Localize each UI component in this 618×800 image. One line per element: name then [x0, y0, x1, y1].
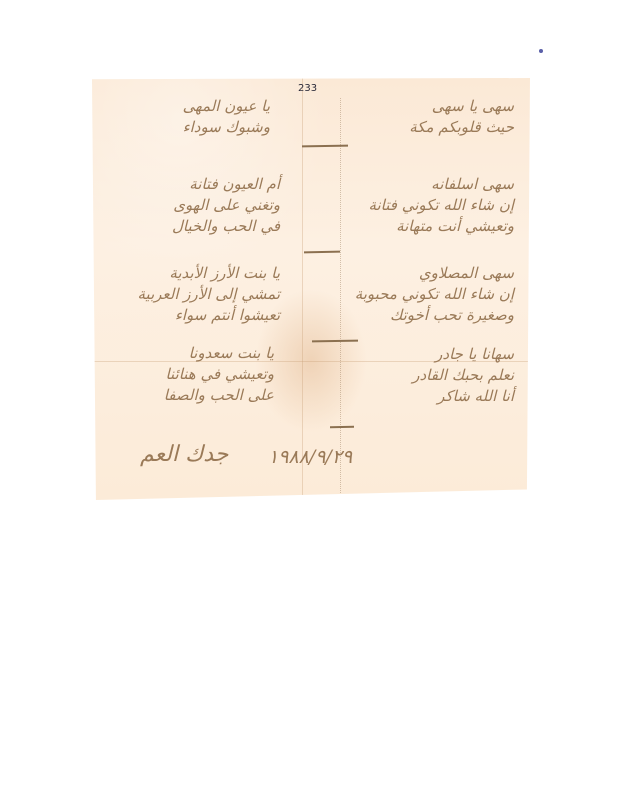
- stanza-divider: [330, 426, 354, 428]
- verse-line: إن شاء الله تكوني محبوبة: [354, 284, 514, 305]
- verse-line: وشبوك سوداء: [102, 117, 270, 138]
- right-stanza-1: سهى يا سهى حيث قلوبكم مكة: [362, 96, 514, 138]
- page-number: 233: [298, 83, 317, 94]
- verse-line: وتعيشي في هنائنا: [122, 364, 274, 385]
- verse-line: سهى اسلفانه: [354, 174, 514, 195]
- right-stanza-3: سهى المصلاوي إن شاء الله تكوني محبوبة وص…: [354, 263, 514, 326]
- stanza-divider: [302, 145, 348, 147]
- verse-line: تعيشوا أنتم سواء: [118, 305, 280, 326]
- verse-line: يا بنت الأرز الأبدية: [118, 263, 280, 284]
- verse-line: على الحب والصفا: [122, 385, 274, 406]
- verse-line: وتغني على الهوى: [120, 195, 280, 216]
- date: ١٩٨٨/٩/٢٩: [268, 446, 352, 468]
- verse-line: أم العيون فتانة: [120, 174, 280, 195]
- verse-line: أنا الله شاكر: [354, 386, 514, 407]
- verse-line: نعلم بحبك القادر: [354, 365, 514, 386]
- left-stanza-2: أم العيون فتانة وتغني على الهوى في الحب …: [120, 174, 280, 237]
- verse-line: وصغيرة تحب أخوتك: [354, 305, 514, 326]
- scan-artifact-dot: [539, 49, 543, 53]
- verse-line: سهانا يا جادر: [354, 344, 514, 365]
- verse-line: تمشي إلى الأرز العربية: [118, 284, 280, 305]
- verse-line: يا بنت سعدونا: [122, 343, 274, 364]
- signature-row: ١٩٨٨/٩/٢٩ جدك العم: [140, 440, 440, 476]
- stanza-divider: [312, 340, 358, 342]
- handwritten-letter: 233 يا عيون المهى وشبوك سوداء أم العيون …: [92, 78, 530, 500]
- verse-line: حيث قلوبكم مكة: [362, 117, 514, 138]
- vertical-fold-line: [302, 78, 303, 500]
- left-stanza-4: يا بنت سعدونا وتعيشي في هنائنا على الحب …: [122, 343, 274, 406]
- right-stanza-2: سهى اسلفانه إن شاء الله تكوني فتانة وتعي…: [354, 174, 514, 237]
- stanza-divider: [304, 251, 340, 253]
- verse-line: سهى يا سهى: [362, 96, 514, 117]
- signature: جدك العم: [140, 442, 228, 467]
- verse-line: يا عيون المهى: [102, 96, 270, 117]
- verse-line: وتعيشي أنت متهانة: [354, 216, 514, 237]
- left-stanza-1: يا عيون المهى وشبوك سوداء: [102, 96, 270, 138]
- left-stanza-3: يا بنت الأرز الأبدية تمشي إلى الأرز العر…: [118, 263, 280, 326]
- verse-line: في الحب والخيال: [120, 216, 280, 237]
- right-stanza-4: سهانا يا جادر نعلم بحبك القادر أنا الله …: [354, 344, 514, 407]
- verse-line: سهى المصلاوي: [354, 263, 514, 284]
- verse-line: إن شاء الله تكوني فتانة: [354, 195, 514, 216]
